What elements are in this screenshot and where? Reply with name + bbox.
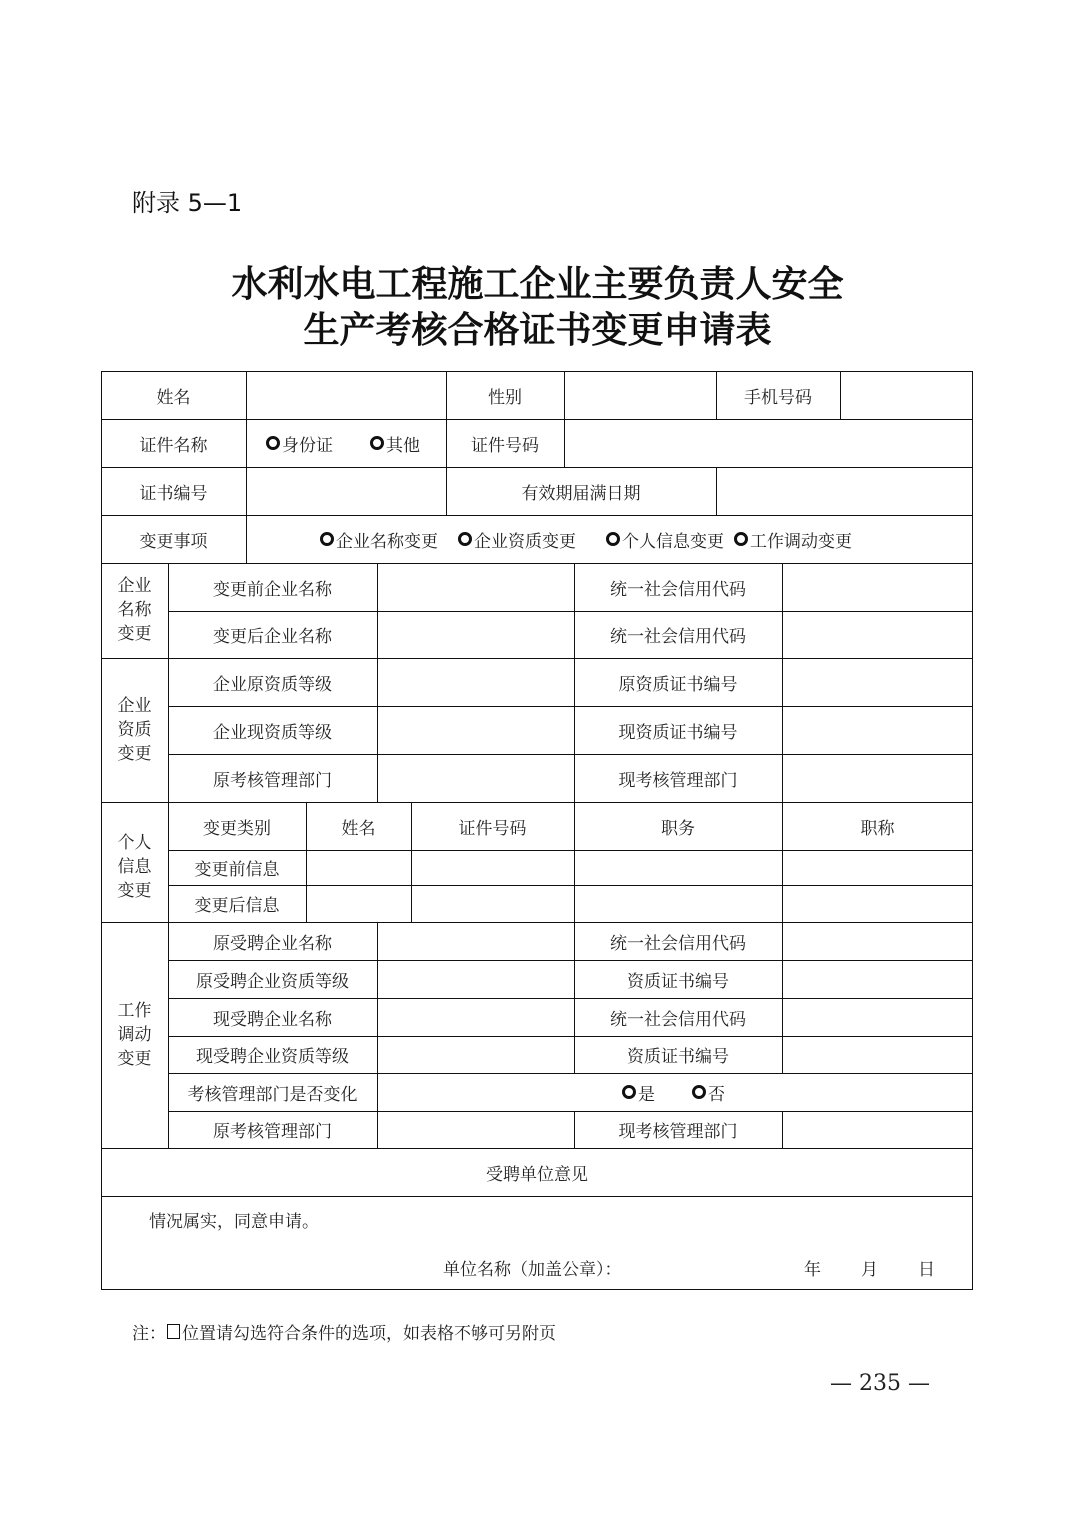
curr-employer-qual-field[interactable]	[377, 1036, 574, 1073]
radio-circle-icon[interactable]	[266, 436, 280, 450]
expiry-label: 有效期届满日期	[446, 467, 716, 515]
employer-seal-label: 单位名称（加盖公章）：	[443, 1255, 622, 1279]
phone-field[interactable]	[840, 371, 973, 419]
section-label-line: 信息	[118, 855, 152, 879]
change-option-company-name[interactable]: 企业名称变更	[320, 527, 438, 552]
before-credit-code-field[interactable]	[782, 563, 973, 611]
expiry-field[interactable]	[716, 467, 973, 515]
after-title-field[interactable]	[782, 885, 973, 922]
curr-employer-code-field[interactable]	[782, 998, 973, 1036]
name-field[interactable]	[246, 371, 446, 419]
radio-circle-icon[interactable]	[606, 532, 620, 546]
cert-number-field[interactable]	[246, 467, 446, 515]
orig-employer-name-label: 原受聘企业名称	[168, 922, 377, 960]
section-label-line: 个人	[118, 831, 152, 855]
original-qual-cert-field[interactable]	[782, 658, 973, 706]
change-item-label: 变更事项	[101, 515, 246, 563]
radio-circle-icon[interactable]	[458, 532, 472, 546]
current-qual-cert-field[interactable]	[782, 706, 973, 754]
curr-employer-qual-label: 现受聘企业资质等级	[168, 1036, 377, 1073]
option-label: 企业名称变更	[336, 527, 438, 552]
id-type-label: 证件名称	[101, 419, 246, 467]
appendix-label: 附录 5—1	[132, 183, 242, 218]
note-text: 位置请勾选符合条件的选项，如表格不够可另附页	[182, 1319, 556, 1344]
current-qualification-label: 企业现资质等级	[168, 706, 377, 754]
dept-changed-label: 考核管理部门是否变化	[168, 1073, 377, 1111]
current-qual-cert-label: 现资质证书编号	[574, 706, 782, 754]
option-label: 工作调动变更	[750, 527, 852, 552]
original-qualification-label: 企业原资质等级	[168, 658, 377, 706]
header-title: 职称	[782, 802, 973, 850]
after-company-name-label: 变更后企业名称	[168, 611, 377, 658]
curr-employer-cert-field[interactable]	[782, 1036, 973, 1073]
after-credit-code-label: 统一社会信用代码	[574, 611, 782, 658]
curr-employer-name-label: 现受聘企业名称	[168, 998, 377, 1036]
before-info-label: 变更前信息	[168, 850, 306, 885]
after-company-name-field[interactable]	[377, 611, 574, 658]
header-id-number: 证件号码	[411, 802, 574, 850]
before-credit-code-label: 统一社会信用代码	[574, 563, 782, 611]
curr-employer-name-field[interactable]	[377, 998, 574, 1036]
header-position: 职务	[574, 802, 782, 850]
change-option-job-transfer[interactable]: 工作调动变更	[734, 527, 852, 552]
before-position-field[interactable]	[574, 850, 782, 885]
dept-changed-yes[interactable]: 是	[622, 1080, 655, 1105]
id-number-field[interactable]	[564, 419, 973, 467]
section-label-line: 工作	[118, 999, 152, 1023]
after-name-field[interactable]	[306, 885, 411, 922]
orig-employer-code-label: 统一社会信用代码	[574, 922, 782, 960]
before-title-field[interactable]	[782, 850, 973, 885]
radio-circle-icon[interactable]	[734, 532, 748, 546]
month-label: 月	[861, 1255, 878, 1279]
curr-employer-cert-label: 资质证书编号	[574, 1036, 782, 1073]
footer-note: 注： 位置请勾选符合条件的选项，如表格不够可另附页	[132, 1319, 556, 1344]
year-label: 年	[804, 1255, 821, 1279]
section-label-line: 名称	[118, 598, 152, 622]
dept-changed-options: 是 否	[377, 1073, 973, 1111]
id-type-option-other[interactable]: 其他	[370, 431, 420, 456]
section-label-line: 调动	[118, 1023, 152, 1047]
phone-label: 手机号码	[716, 371, 840, 419]
option-label: 否	[708, 1080, 725, 1105]
id-type-option-idcard[interactable]: 身份证	[266, 431, 333, 456]
orig-employer-cert-field[interactable]	[782, 960, 973, 998]
radio-circle-icon[interactable]	[320, 532, 334, 546]
transfer-original-dept-field[interactable]	[377, 1111, 574, 1148]
current-qualification-field[interactable]	[377, 706, 574, 754]
section-label-line: 变更	[118, 622, 152, 646]
option-label: 身份证	[282, 431, 333, 456]
section-label-line: 变更	[118, 742, 152, 766]
dept-changed-no[interactable]: 否	[692, 1080, 725, 1105]
option-label: 是	[638, 1080, 655, 1105]
original-qualification-field[interactable]	[377, 658, 574, 706]
transfer-current-dept-field[interactable]	[782, 1111, 973, 1148]
name-label: 姓名	[101, 371, 246, 419]
current-dept-field[interactable]	[782, 754, 973, 802]
section-label-line: 资质	[118, 718, 152, 742]
header-change-type: 变更类别	[168, 802, 306, 850]
header-name: 姓名	[306, 802, 411, 850]
option-label: 其他	[386, 431, 420, 456]
section-qualification-change: 企业 资质 变更	[101, 658, 168, 802]
form-title-line2: 生产考核合格证书变更申请表	[0, 307, 1075, 353]
section-label-line: 变更	[118, 1047, 152, 1071]
option-label: 企业资质变更	[474, 527, 576, 552]
transfer-original-dept-label: 原考核管理部门	[168, 1111, 377, 1148]
employer-opinion-statement[interactable]: 情况属实，同意申请。	[149, 1207, 319, 1231]
radio-circle-icon[interactable]	[370, 436, 384, 450]
before-company-name-field[interactable]	[377, 563, 574, 611]
day-label: 日	[918, 1255, 935, 1279]
after-credit-code-field[interactable]	[782, 611, 973, 658]
checkbox-square-icon	[167, 1324, 180, 1339]
section-personal-info-change: 个人 信息 变更	[101, 802, 168, 922]
current-dept-label: 现考核管理部门	[574, 754, 782, 802]
original-dept-field[interactable]	[377, 754, 574, 802]
gender-label: 性别	[446, 371, 564, 419]
before-name-field[interactable]	[306, 850, 411, 885]
section-company-name-change: 企业 名称 变更	[101, 563, 168, 658]
form-title-line1: 水利水电工程施工企业主要负责人安全	[0, 261, 1075, 307]
orig-employer-cert-label: 资质证书编号	[574, 960, 782, 998]
original-qual-cert-label: 原资质证书编号	[574, 658, 782, 706]
radio-circle-icon[interactable]	[622, 1085, 636, 1099]
section-label-line: 企业	[118, 694, 152, 718]
orig-employer-qual-label: 原受聘企业资质等级	[168, 960, 377, 998]
note-prefix: 注：	[132, 1319, 166, 1344]
option-label: 个人信息变更	[622, 527, 724, 552]
employer-opinion-header: 受聘单位意见	[101, 1148, 973, 1196]
after-id-field[interactable]	[411, 885, 574, 922]
page-number: — 235 —	[830, 1371, 930, 1396]
row-divider	[101, 1196, 973, 1197]
original-dept-label: 原考核管理部门	[168, 754, 377, 802]
orig-employer-qual-field[interactable]	[377, 960, 574, 998]
section-job-transfer-change: 工作 调动 变更	[101, 922, 168, 1148]
id-type-options: 身份证 其他	[246, 419, 446, 467]
change-option-personal-info[interactable]: 个人信息变更	[606, 527, 724, 552]
section-label-line: 企业	[118, 574, 152, 598]
orig-employer-name-field[interactable]	[377, 922, 574, 960]
radio-circle-icon[interactable]	[692, 1085, 706, 1099]
after-info-label: 变更后信息	[168, 885, 306, 922]
change-option-qualification[interactable]: 企业资质变更	[458, 527, 576, 552]
id-number-label: 证件号码	[446, 419, 564, 467]
before-id-field[interactable]	[411, 850, 574, 885]
cert-number-label: 证书编号	[101, 467, 246, 515]
gender-field[interactable]	[564, 371, 716, 419]
section-label-line: 变更	[118, 879, 152, 903]
change-item-options: 企业名称变更 企业资质变更 个人信息变更 工作调动变更	[246, 515, 973, 563]
before-company-name-label: 变更前企业名称	[168, 563, 377, 611]
orig-employer-code-field[interactable]	[782, 922, 973, 960]
after-position-field[interactable]	[574, 885, 782, 922]
application-form-table: 姓名 性别 手机号码 证件名称 身份证 其他 证件号码 证书编号 有效期届满日期…	[101, 371, 973, 1290]
curr-employer-code-label: 统一社会信用代码	[574, 998, 782, 1036]
transfer-current-dept-label: 现考核管理部门	[574, 1111, 782, 1148]
